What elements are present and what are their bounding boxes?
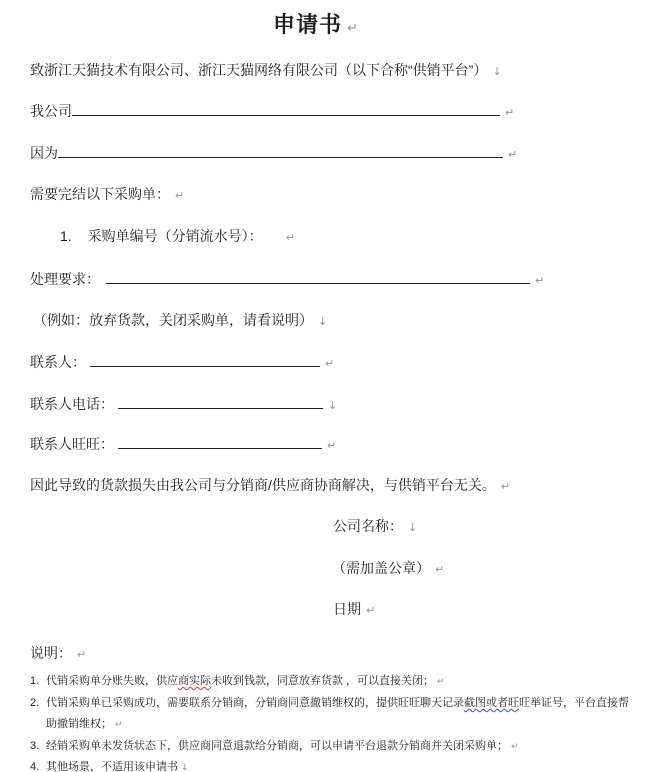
addressee-text: 致浙江天猫技术有限公司、浙江天猫网络有限公司（以下合称“供销平台”） xyxy=(30,62,487,78)
handling-requirement-blank[interactable] xyxy=(106,268,530,284)
note-text-segment: 经销采购单未发货状态下，供应商同意退款给分销商，可以申请平台退款分销商并关闭采购… xyxy=(46,740,508,752)
contact-name-line: 联系人：↵ xyxy=(30,351,334,374)
grammar-flagged-text: 截图或者旺 xyxy=(464,697,519,709)
paragraph-mark: ↵ xyxy=(496,480,510,493)
contact-phone-line: 联系人电话：↓ xyxy=(30,393,337,416)
po-item-number: 1. xyxy=(60,226,72,246)
document-page: 申请书↵ 致浙江天猫技术有限公司、浙江天猫网络有限公司（以下合称“供销平台”）↓… xyxy=(0,0,658,772)
addressee-line: 致浙江天猫技术有限公司、浙江天猫网络有限公司（以下合称“供销平台”）↓ xyxy=(30,60,502,82)
note-text-segment: 未收到钱款，同意放弃货款 ，可以直接关闭； xyxy=(211,675,434,687)
example-hint-text: （例如：放弃货款，关闭采购单，请看说明） xyxy=(33,312,313,328)
line-break-mark: ↓ xyxy=(323,399,337,412)
need-complete-line: 需要完结以下采购单：↵ xyxy=(30,184,184,206)
paragraph-mark: ↵ xyxy=(72,648,86,661)
need-complete-text: 需要完结以下采购单： xyxy=(30,186,170,202)
spellcheck-flagged-text: 商实际 xyxy=(178,675,211,687)
contact-phone-blank[interactable] xyxy=(118,393,323,409)
line-break-mark: ↓ xyxy=(178,763,189,772)
disclaimer-line: 因此导致的货款损失由我公司与分销商/供应商协商解决，与供销平台无关。↵ xyxy=(30,475,510,497)
note-text-segment: 其他场景， xyxy=(46,761,101,772)
note-item-number: 2. xyxy=(30,693,46,736)
note-item-1: 1. 代销采购单分账失败，供应商实际未收到钱款，同意放弃货款 ，可以直接关闭；↵ xyxy=(30,671,632,693)
signature-date: 日期↵ xyxy=(333,599,375,621)
reason-label: 因为 xyxy=(30,145,58,161)
notes-heading: 说明：↵ xyxy=(30,643,86,665)
handling-requirement-label: 处理要求： xyxy=(30,271,100,287)
contact-name-blank[interactable] xyxy=(90,351,320,367)
note-item-number: 4. xyxy=(30,757,46,772)
contact-phone-label: 联系人电话： xyxy=(30,396,114,412)
po-number-item: 1.采购单编号（分销流水号）：↵ xyxy=(60,226,295,248)
company-label: 我公司 xyxy=(30,103,72,119)
paragraph-mark: ↵ xyxy=(434,677,445,687)
paragraph-mark: ↵ xyxy=(170,189,184,202)
contact-wangwang-blank[interactable] xyxy=(118,433,322,449)
disclaimer-text: 因此导致的货款损失由我公司与分销商/供应商协商解决，与供销平台无关。 xyxy=(30,477,496,493)
paragraph-mark: ↵ xyxy=(503,148,517,161)
company-line: 我公司↵ xyxy=(30,100,514,123)
example-hint-line: （例如：放弃货款，关闭采购单，请看说明）↓ xyxy=(33,310,327,332)
paragraph-mark: ↵ xyxy=(322,439,336,452)
note-item-text: 其他场景，不适用该申请书↓ xyxy=(46,757,632,772)
document-title: 申请书↵ xyxy=(0,8,632,39)
reason-line: 因为↵ xyxy=(30,142,517,165)
note-item-text: 代销采购单已采购成功，需要联系分销商，分销商同意撤销维权的，提供旺旺聊天记录截图… xyxy=(46,693,632,736)
grammar-flagged-text: 不适用该申请书 xyxy=(101,761,178,772)
handling-requirement-line: 处理要求：↵ xyxy=(30,268,544,291)
note-item-number: 3. xyxy=(30,736,46,758)
line-break-mark: ↓ xyxy=(403,521,417,534)
note-item-text: 经销采购单未发货状态下，供应商同意退款给分销商，可以申请平台退款分销商并关闭采购… xyxy=(46,736,632,758)
paragraph-mark: ↵ xyxy=(112,720,123,730)
paragraph-mark: ↵ xyxy=(281,231,295,244)
note-item-3: 3. 经销采购单未发货状态下，供应商同意退款给分销商，可以申请平台退款分销商并关… xyxy=(30,736,632,758)
paragraph-mark: ↵ xyxy=(508,742,519,752)
note-item-text: 代销采购单分账失败，供应商实际未收到钱款，同意放弃货款 ，可以直接关闭；↵ xyxy=(46,671,632,693)
line-break-mark: ↓ xyxy=(313,315,327,328)
note-item-number: 1. xyxy=(30,671,46,693)
paragraph-mark: ↵ xyxy=(530,274,544,287)
company-name-blank[interactable] xyxy=(72,100,500,116)
po-item-label: 采购单编号（分销流水号）： xyxy=(88,228,263,244)
note-text-segment: 代销采购单已采购成功，需要联系分销商，分销商同意撤销维权的，提供旺旺聊天记录 xyxy=(46,697,464,709)
paragraph-mark: ↵ xyxy=(500,106,514,119)
contact-wangwang-label: 联系人旺旺： xyxy=(30,436,114,452)
signature-seal-note: （需加盖公章）↵ xyxy=(332,558,444,580)
note-item-4: 4. 其他场景，不适用该申请书↓ xyxy=(30,757,632,772)
line-break-mark: ↓ xyxy=(487,65,501,78)
signature-company-name-label: 公司名称： xyxy=(333,518,403,534)
contact-wangwang-line: 联系人旺旺：↵ xyxy=(30,433,336,456)
notes-heading-text: 说明： xyxy=(30,645,72,661)
paragraph-mark: ↵ xyxy=(320,357,334,370)
signature-company-name: 公司名称：↓ xyxy=(333,516,417,538)
document-title-text: 申请书 xyxy=(273,12,342,37)
note-item-2: 2. 代销采购单已采购成功，需要联系分销商，分销商同意撤销维权的，提供旺旺聊天记… xyxy=(30,693,632,736)
signature-date-label: 日期 xyxy=(333,601,361,617)
signature-seal-note-text: （需加盖公章） xyxy=(332,560,430,576)
note-text-segment: 代销采购单分账失败，供应 xyxy=(46,675,178,687)
paragraph-mark: ↵ xyxy=(361,604,375,617)
contact-name-label: 联系人： xyxy=(30,354,86,370)
paragraph-mark: ↵ xyxy=(342,21,359,36)
reason-blank[interactable] xyxy=(58,142,503,158)
paragraph-mark: ↵ xyxy=(430,563,444,576)
